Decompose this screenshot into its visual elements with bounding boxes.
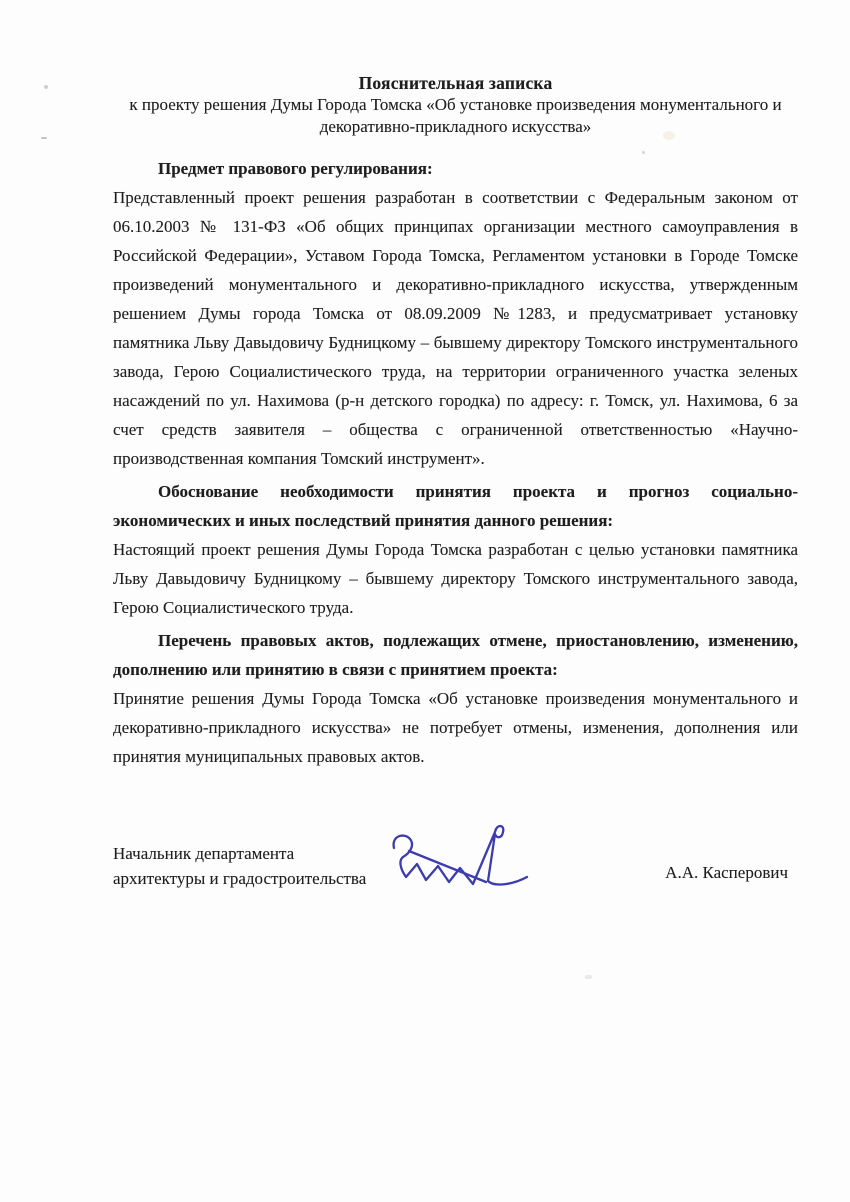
handwritten-signature-ink (318, 807, 548, 907)
section-justification-body: Настоящий проект решения Думы Города Том… (113, 535, 798, 622)
scan-speck (41, 137, 47, 139)
section-acts-list: Перечень правовых актов, подлежащих отме… (113, 626, 798, 771)
document-title: Пояснительная записка (113, 72, 798, 94)
section-justification: Обоснование необходимости принятия проек… (113, 477, 798, 622)
section-subject: Предмет правового регулирования: Предста… (113, 154, 798, 473)
section-acts-list-heading: Перечень правовых актов, подлежащих отме… (113, 626, 798, 684)
scanned-document-page: Пояснительная записка к проекту решения … (0, 0, 850, 1202)
scan-speck (585, 975, 592, 979)
document-content: Пояснительная записка к проекту решения … (113, 72, 798, 969)
section-subject-heading: Предмет правового регулирования: (113, 154, 798, 183)
signatory-name: А.А. Касперович (665, 860, 788, 885)
section-justification-heading: Обоснование необходимости принятия проек… (113, 477, 798, 535)
section-subject-body: Представленный проект решения разработан… (113, 183, 798, 473)
scan-speck (44, 85, 48, 89)
section-acts-list-body: Принятие решения Думы Города Томска «Об … (113, 684, 798, 771)
document-subtitle: к проекту решения Думы Города Томска «Об… (113, 94, 798, 138)
signature-block: Начальник департамента архитектуры и гра… (113, 839, 798, 969)
